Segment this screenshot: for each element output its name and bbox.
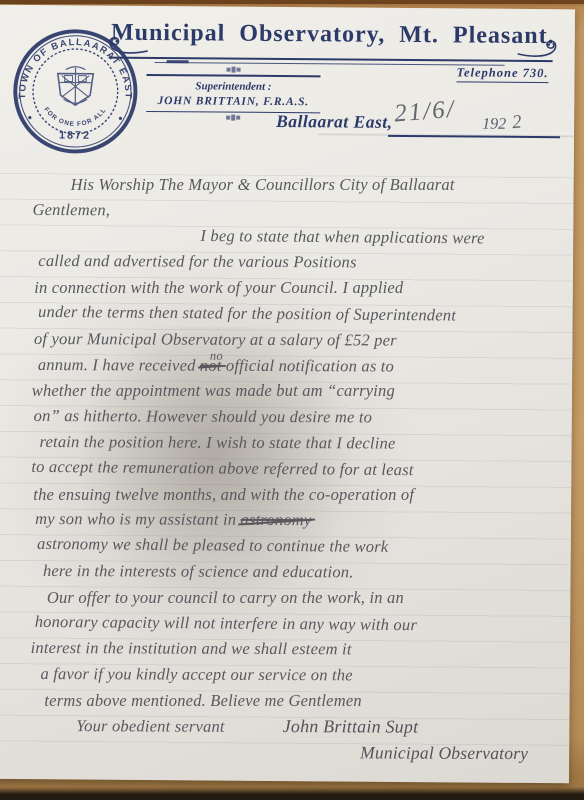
closing-phrase: Your obedient servant — [76, 713, 225, 739]
masthead-rule-dash — [167, 60, 189, 63]
letter-line: called and advertised for the various Po… — [38, 248, 546, 276]
handwritten-date: 21/6/ — [393, 96, 456, 129]
letter-line: my son who is my assistant in astronomy — [35, 506, 545, 534]
letter-line: retain the position here. I wish to stat… — [39, 429, 545, 457]
printer-ornament-icon — [226, 66, 242, 74]
letter-line: terms above mentioned. Believe me Gentle… — [44, 688, 544, 714]
letter-line: a favor if you kindly accept our service… — [40, 661, 544, 689]
letter-line: under the terms then stated for the posi… — [38, 299, 546, 329]
letter-line: here in the interests of science and edu… — [43, 558, 545, 586]
signature: John Brittain Supt — [283, 714, 419, 740]
date-line: Ballaarat East, 21/6/ 192 2 — [276, 103, 560, 149]
letter-line: of your Municipal Observatory at a salar… — [34, 326, 546, 354]
letter-line: interest in the institution and we shall… — [31, 635, 545, 663]
date-underline — [388, 135, 560, 138]
letter-line: Our offer to your council to carry on th… — [47, 585, 545, 611]
letter-body: His Worship The Mayor & Councillors City… — [30, 171, 547, 767]
letterhead: Municipal Observatory, Mt. Pleasant. — [103, 16, 563, 54]
superintendent-rule — [146, 74, 320, 77]
letter-line: astronomy we shall be pleased to continu… — [37, 531, 545, 561]
crossed-out-word: astronomy — [241, 510, 312, 529]
wood-table-edge-top — [0, 0, 584, 4]
place-printed: Ballaarat East, — [276, 111, 393, 133]
seal-motto: FOR ONE FOR ALL — [42, 106, 108, 128]
flourish-icon — [517, 35, 561, 61]
letter-line: Gentlemen, — [32, 197, 546, 225]
printed-year: 192 — [482, 116, 506, 134]
letter-line: whether the appointment was made but am … — [32, 378, 546, 404]
seal-year: 1872 — [59, 130, 91, 142]
wood-table-edge-bottom — [0, 787, 584, 800]
letter-line: the ensuing twelve months, and with the … — [33, 482, 545, 508]
town-seal: TOWN OF BALLAARAT EAST FOR ONE FOR ALL 1… — [10, 26, 141, 157]
letterhead-title: Municipal Observatory, Mt. Pleasant. — [103, 16, 563, 54]
letter-line: I beg to state that when applications we… — [200, 223, 546, 252]
letter-line: His Worship The Mayor & Councillors City… — [71, 172, 547, 198]
letter-line: to accept the remuneration above referre… — [31, 454, 545, 484]
letter-line: in connection with the work of your Coun… — [34, 275, 546, 301]
signature-line2: Municipal Observatory — [360, 740, 544, 767]
closing-line: Your obedient servant John Brittain Supt — [76, 713, 544, 741]
printer-ornament-icon — [225, 114, 241, 122]
handwritten-year-digit: 2 — [511, 111, 523, 134]
letter-line: on” as hitherto. However should you desi… — [34, 403, 546, 431]
letter-line: annum. I have received nonot official no… — [38, 352, 546, 380]
letter-paper: Municipal Observatory, Mt. Pleasant. TOW… — [0, 5, 575, 784]
superintendent-label: Superintendent : — [138, 79, 328, 92]
telephone-line: Telephone 730. — [456, 65, 548, 83]
crossed-out-word: nonot — [200, 355, 222, 374]
photo-scene: Municipal Observatory, Mt. Pleasant. TOW… — [0, 0, 584, 800]
letter-line: honorary capacity will not interfere in … — [35, 608, 545, 638]
seal-crest-icon — [58, 67, 94, 106]
